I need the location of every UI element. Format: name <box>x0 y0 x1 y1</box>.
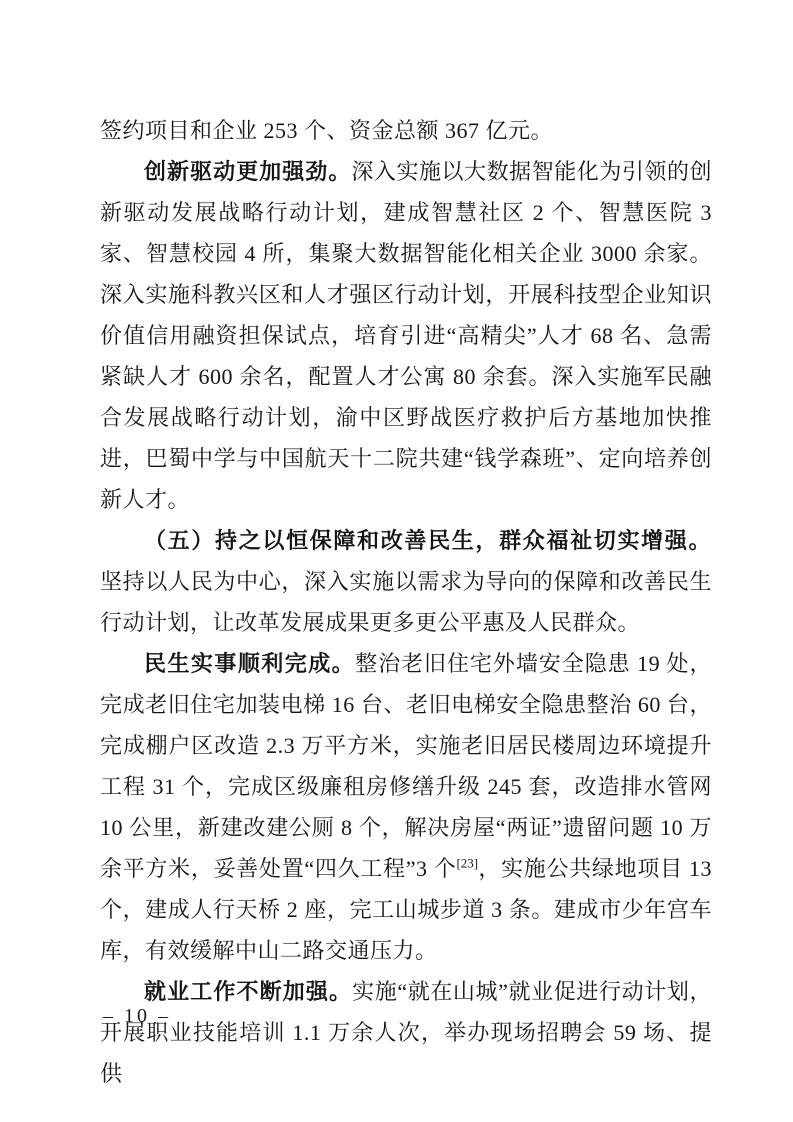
paragraph-lead-bold: 创新驱动更加强劲。 <box>144 159 351 184</box>
paragraph-section-five: （五）持之以恒保障和改善民生，群众福祉切实增强。坚持以人民为中心，深入实施以需求… <box>100 520 712 643</box>
paragraph-text: 签约项目和企业 253 个、资金总额 367 亿元。 <box>100 118 553 143</box>
paragraph-innovation: 创新驱动更加强劲。深入实施以大数据智能化为引领的创新驱动发展战略行动计划，建成智… <box>100 151 712 520</box>
paragraph-text: 深入实施以大数据智能化为引领的创新驱动发展战略行动计划，建成智慧社区 2 个、智… <box>100 159 712 512</box>
paragraph-employment: 就业工作不断加强。实施“就在山城”就业促进行动计划，开展职业技能培训 1.1 万… <box>100 971 712 1094</box>
document-body: 签约项目和企业 253 个、资金总额 367 亿元。 创新驱动更加强劲。深入实施… <box>100 110 712 1094</box>
footnote-ref: [23] <box>456 856 478 871</box>
document-page: 签约项目和企业 253 个、资金总额 367 亿元。 创新驱动更加强劲。深入实施… <box>0 0 793 1122</box>
paragraph-lead-bold: 就业工作不断加强。 <box>144 979 352 1004</box>
paragraph-lead-bold: 民生实事顺利完成。 <box>144 651 355 676</box>
section-heading: （五）持之以恒保障和改善民生，群众福祉切实增强。 <box>144 528 712 553</box>
paragraph-continuation: 签约项目和企业 253 个、资金总额 367 亿元。 <box>100 110 712 151</box>
page-number: – 10 – <box>103 1004 171 1028</box>
paragraph-text: 整治老旧住宅外墙安全隐患 19 处，完成老旧住宅加装电梯 16 台、老旧电梯安全… <box>100 651 712 881</box>
paragraph-livelihood: 民生实事顺利完成。整治老旧住宅外墙安全隐患 19 处，完成老旧住宅加装电梯 16… <box>100 643 712 971</box>
paragraph-text: 坚持以人民为中心，深入实施以需求为导向的保障和改善民生行动计划，让改革发展成果更… <box>100 569 712 635</box>
